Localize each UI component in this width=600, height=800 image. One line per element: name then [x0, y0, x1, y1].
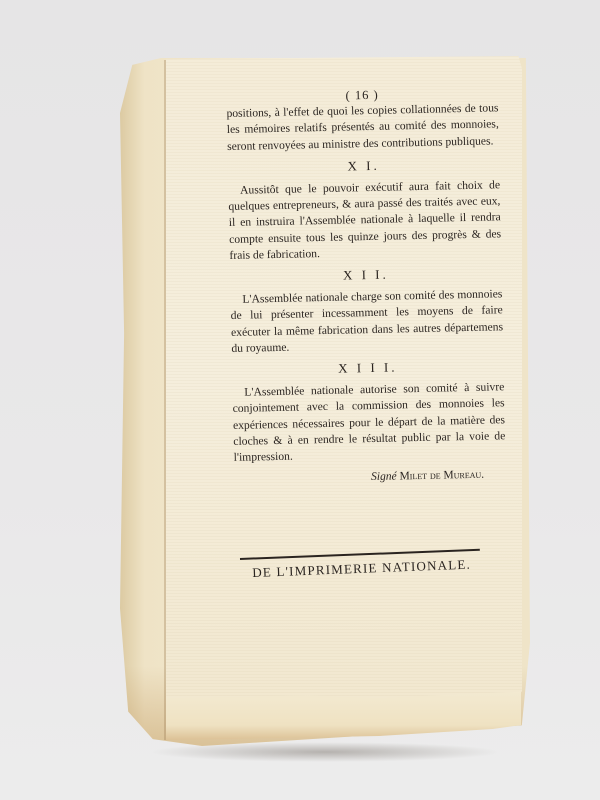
signature-name: Milet de Mureau.	[399, 469, 484, 483]
article-text-xi: Aussitôt que le pouvoir exécutif aura fa…	[228, 177, 502, 264]
opening-paragraph: positions, à l'effet de quoi les copies …	[226, 101, 499, 155]
spine-fold	[164, 60, 166, 740]
lower-leaf	[166, 690, 521, 740]
article-heading-xii: X I I.	[230, 264, 502, 286]
article-heading-xiii: X I I I.	[232, 357, 504, 379]
article-heading-xi: X I.	[227, 155, 499, 177]
article-text-xiii: L'Assemblée nationale autorise son comit…	[232, 379, 506, 466]
page-text: ( 16 ) positions, à l'effet de quoi les …	[226, 84, 506, 488]
article-text-xii: L'Assemblée nationale charge son comité …	[230, 286, 503, 356]
signature-prefix: Signé	[371, 471, 397, 484]
